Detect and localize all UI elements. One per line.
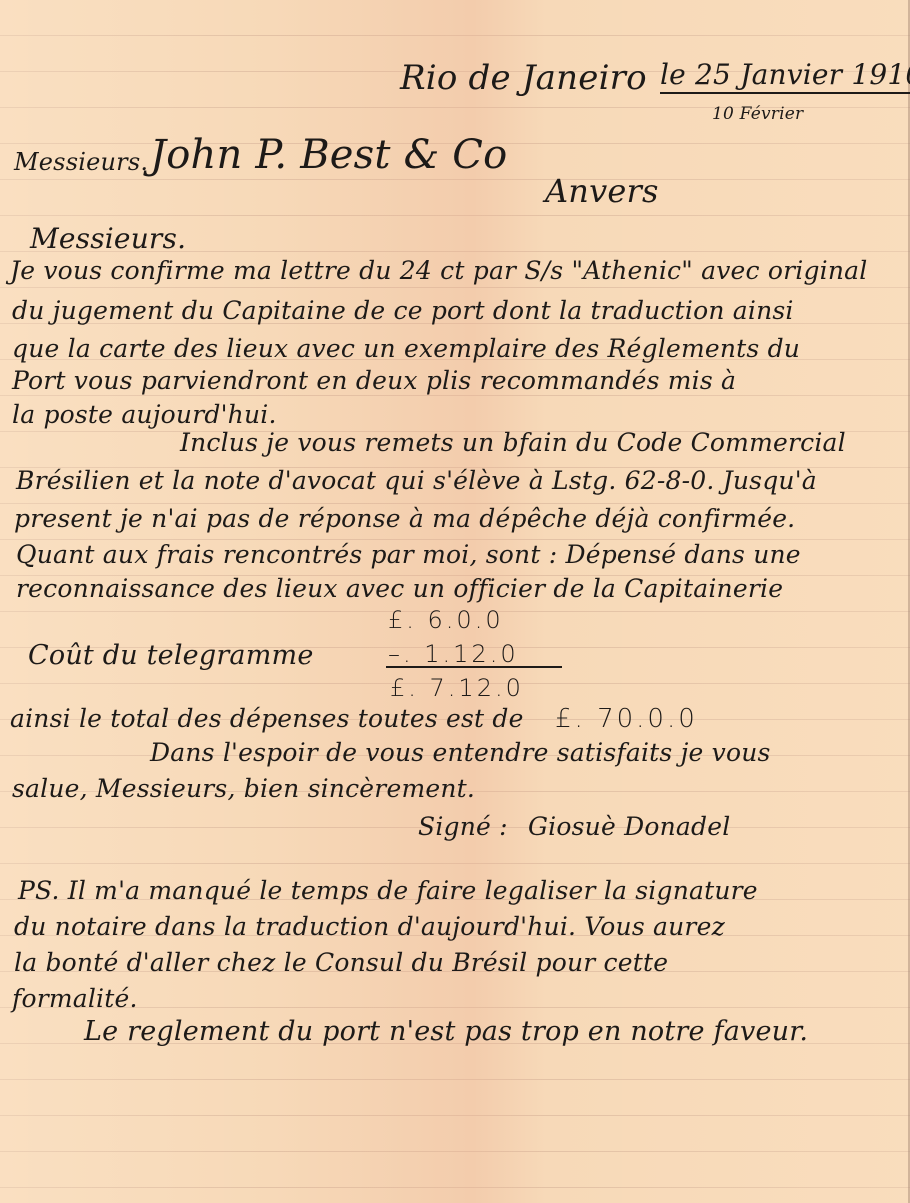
letter-date: le 25 Janvier 1910	[660, 58, 910, 94]
recipient-city: Anvers	[545, 172, 659, 210]
closing-line: Dans l'espoir de vous entendre satisfait…	[150, 738, 771, 767]
postscript-line: PS. Il m'a manqué le temps de faire lega…	[18, 876, 758, 905]
body-line: Je vous confirme ma lettre du 24 ct par …	[10, 256, 867, 285]
greeting: Messieurs.	[30, 222, 186, 255]
signature-label: Signé :	[418, 812, 508, 841]
closing-line: salue, Messieurs, bien sincèrement.	[12, 774, 475, 803]
letter-date-correction: 10 Février	[712, 104, 803, 124]
recipient-prefix: Messieurs.	[14, 148, 148, 176]
expense-label: Coût du telegramme	[28, 640, 314, 671]
total-amount: £. 70.0.0	[555, 704, 698, 734]
letter-place: Rio de Janeiro	[400, 58, 647, 98]
body-line: Brésilien et la note d'avocat qui s'élèv…	[16, 466, 817, 495]
total-text: ainsi le total des dépenses toutes est d…	[10, 704, 524, 733]
body-line: present je n'ai pas de réponse à ma dépê…	[14, 504, 795, 533]
postscript-line: Le reglement du port n'est pas trop en n…	[84, 1016, 808, 1047]
expense-subtotal: £. 7.12.0	[390, 674, 524, 702]
body-line: que la carte des lieux avec un exemplair…	[12, 334, 800, 363]
body-line: Inclus je vous remets un bfain du Code C…	[180, 428, 846, 457]
body-line: Port vous parviendront en deux plis reco…	[12, 366, 736, 395]
expense-amount: –. 1.12.0	[388, 640, 519, 668]
postscript-line: formalité.	[12, 984, 138, 1013]
body-line: du jugement du Capitaine de ce port dont…	[12, 296, 794, 325]
postscript-line: la bonté d'aller chez le Consul du Brési…	[14, 948, 668, 977]
body-line: reconnaissance des lieux avec un officie…	[16, 574, 783, 603]
body-line: Quant aux frais rencontrés par moi, sont…	[16, 540, 801, 569]
sum-rule	[386, 666, 562, 668]
expense-amount: £. 6.0.0	[388, 606, 504, 634]
signature-name: Giosuè Donadel	[528, 812, 730, 841]
recipient-name: John P. Best & Co	[150, 132, 507, 178]
postscript-line: du notaire dans la traduction d'aujourd'…	[14, 912, 725, 941]
body-line: la poste aujourd'hui.	[12, 400, 277, 429]
letter-page: Rio de Janeiro le 25 Janvier 1910 10 Fév…	[0, 0, 910, 1203]
